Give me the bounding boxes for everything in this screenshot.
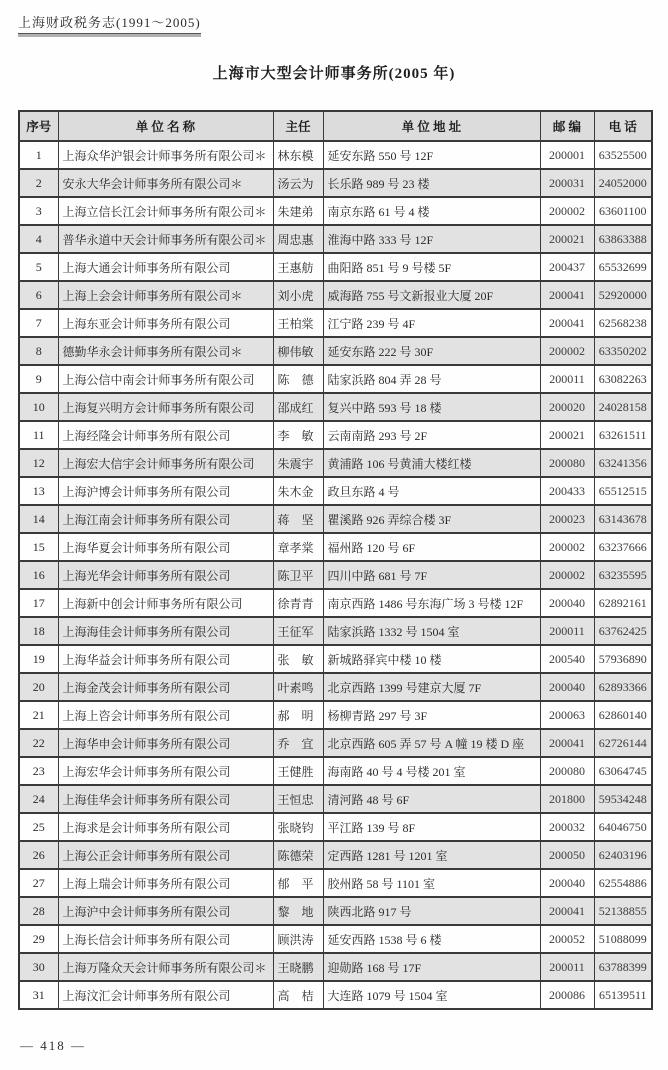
firm-name: 上海复兴明方会计师事务所有限公司 — [58, 393, 273, 421]
firm-director: 刘小虎 — [273, 281, 323, 309]
firm-phone: 63788399 — [594, 953, 652, 981]
firm-phone: 62892161 — [594, 589, 652, 617]
firm-postal-code: 200011 — [540, 617, 594, 645]
firm-phone: 63235595 — [594, 561, 652, 589]
firm-address: 陆家浜路 804 弄 28 号 — [323, 365, 540, 393]
page-number: — 418 — — [20, 1038, 86, 1054]
firm-name: 上海光华会计师事务所有限公司 — [58, 561, 273, 589]
firm-address: 北京西路 605 弄 57 号 A 幢 19 楼 D 座 — [323, 729, 540, 757]
firm-address: 曲阳路 851 号 9 号楼 5F — [323, 253, 540, 281]
firm-name: 上海万隆众天会计师事务所有限公司＊ — [58, 953, 273, 981]
column-header-zipcode: 邮 编 — [540, 111, 594, 141]
row-index: 9 — [19, 365, 58, 393]
column-header-director: 主任 — [273, 111, 323, 141]
firm-director: 王晓鹏 — [273, 953, 323, 981]
firm-address: 平江路 139 号 8F — [323, 813, 540, 841]
row-index: 12 — [19, 449, 58, 477]
firm-address: 威海路 755 号文新报业大厦 20F — [323, 281, 540, 309]
row-index: 27 — [19, 869, 58, 897]
table-row: 13 上海沪博会计师事务所有限公司 朱木金 政旦东路 4 号 200433 65… — [19, 477, 652, 505]
firm-postal-code: 200041 — [540, 281, 594, 309]
firm-postal-code: 200086 — [540, 981, 594, 1009]
firm-postal-code: 200011 — [540, 365, 594, 393]
row-index: 23 — [19, 757, 58, 785]
firm-address: 政旦东路 4 号 — [323, 477, 540, 505]
table-row: 8 德勤华永会计师事务所有限公司＊ 柳伟敏 延安东路 222 号 30F 200… — [19, 337, 652, 365]
table-row: 3 上海立信长江会计师事务所有限公司＊ 朱建弟 南京东路 61 号 4 楼 20… — [19, 197, 652, 225]
table-row: 24 上海佳华会计师事务所有限公司 王恒忠 清河路 48 号 6F 201800… — [19, 785, 652, 813]
firm-director: 黎 地 — [273, 897, 323, 925]
firm-name: 上海华夏会计师事务所有限公司 — [58, 533, 273, 561]
row-index: 4 — [19, 225, 58, 253]
firm-phone: 62568238 — [594, 309, 652, 337]
firm-director: 周忠惠 — [273, 225, 323, 253]
firm-phone: 52138855 — [594, 897, 652, 925]
table-row: 6 上海上会会计师事务所有限公司＊ 刘小虎 威海路 755 号文新报业大厦 20… — [19, 281, 652, 309]
firm-address: 杨柳青路 297 号 3F — [323, 701, 540, 729]
firm-phone: 24028158 — [594, 393, 652, 421]
firm-name: 安永大华会计师事务所有限公司＊ — [58, 169, 273, 197]
firm-name: 上海汶汇会计师事务所有限公司 — [58, 981, 273, 1009]
table-row: 23 上海宏华会计师事务所有限公司 王健胜 海南路 40 号 4 号楼 201 … — [19, 757, 652, 785]
firm-address: 瞿溪路 926 弄综合楼 3F — [323, 505, 540, 533]
firm-postal-code: 200023 — [540, 505, 594, 533]
row-index: 22 — [19, 729, 58, 757]
firm-director: 郁 平 — [273, 869, 323, 897]
row-index: 19 — [19, 645, 58, 673]
firm-postal-code: 200050 — [540, 841, 594, 869]
firm-phone: 63601100 — [594, 197, 652, 225]
column-header-address: 单 位 地 址 — [323, 111, 540, 141]
firm-name: 上海立信长江会计师事务所有限公司＊ — [58, 197, 273, 225]
firm-name: 上海公信中南会计师事务所有限公司 — [58, 365, 273, 393]
firm-name: 上海公正会计师事务所有限公司 — [58, 841, 273, 869]
firm-director: 张 敏 — [273, 645, 323, 673]
firm-director: 李 敏 — [273, 421, 323, 449]
firm-phone: 64046750 — [594, 813, 652, 841]
firm-phone: 63863388 — [594, 225, 652, 253]
firm-address: 延安西路 1538 号 6 楼 — [323, 925, 540, 953]
firm-name: 上海新中创会计师事务所有限公司 — [58, 589, 273, 617]
firm-phone: 65512515 — [594, 477, 652, 505]
firm-name: 上海经隆会计师事务所有限公司 — [58, 421, 273, 449]
table-row: 7 上海东亚会计师事务所有限公司 王柏棠 江宁路 239 号 4F 200041… — [19, 309, 652, 337]
firm-director: 林东模 — [273, 141, 323, 169]
firm-director: 高 桔 — [273, 981, 323, 1009]
firm-postal-code: 200041 — [540, 897, 594, 925]
column-header-index: 序号 — [19, 111, 58, 141]
firm-director: 王柏棠 — [273, 309, 323, 337]
column-header-name: 单 位 名 称 — [58, 111, 273, 141]
table-row: 4 普华永道中天会计师事务所有限公司＊ 周忠惠 淮海中路 333 号 12F 2… — [19, 225, 652, 253]
firm-address: 黄浦路 106 号黄浦大楼红楼 — [323, 449, 540, 477]
firm-name: 上海江南会计师事务所有限公司 — [58, 505, 273, 533]
table-row: 27 上海上瑞会计师事务所有限公司 郁 平 胶州路 58 号 1101 室 20… — [19, 869, 652, 897]
firm-director: 汤云为 — [273, 169, 323, 197]
row-index: 26 — [19, 841, 58, 869]
firm-postal-code: 200021 — [540, 421, 594, 449]
row-index: 10 — [19, 393, 58, 421]
firm-name: 上海上会会计师事务所有限公司＊ — [58, 281, 273, 309]
row-index: 11 — [19, 421, 58, 449]
firm-name: 普华永道中天会计师事务所有限公司＊ — [58, 225, 273, 253]
firm-director: 陈德荣 — [273, 841, 323, 869]
firm-name: 上海长信会计师事务所有限公司 — [58, 925, 273, 953]
row-index: 1 — [19, 141, 58, 169]
table-row: 5 上海大通会计师事务所有限公司 王惠舫 曲阳路 851 号 9 号楼 5F 2… — [19, 253, 652, 281]
firm-address: 陆家浜路 1332 号 1504 室 — [323, 617, 540, 645]
firm-name: 上海沪中会计师事务所有限公司 — [58, 897, 273, 925]
firm-name: 上海佳华会计师事务所有限公司 — [58, 785, 273, 813]
firm-postal-code: 200433 — [540, 477, 594, 505]
firm-postal-code: 200032 — [540, 813, 594, 841]
row-index: 18 — [19, 617, 58, 645]
document-page: 上海财政税务志(1991～2005) 上海市大型会计师事务所(2005 年) 序… — [0, 0, 668, 1070]
firm-phone: 65139511 — [594, 981, 652, 1009]
firm-director: 王恒忠 — [273, 785, 323, 813]
firm-postal-code: 200040 — [540, 869, 594, 897]
firm-address: 新城路驿宾中楼 10 楼 — [323, 645, 540, 673]
firm-name: 上海华申会计师事务所有限公司 — [58, 729, 273, 757]
table-row: 30 上海万隆众天会计师事务所有限公司＊ 王晓鹏 迎勋路 168 号 17F 2… — [19, 953, 652, 981]
column-header-phone: 电 话 — [594, 111, 652, 141]
firm-phone: 63064745 — [594, 757, 652, 785]
row-index: 14 — [19, 505, 58, 533]
row-index: 31 — [19, 981, 58, 1009]
firm-address: 陕西北路 917 号 — [323, 897, 540, 925]
firm-director: 章孝棠 — [273, 533, 323, 561]
row-index: 17 — [19, 589, 58, 617]
firm-postal-code: 200080 — [540, 449, 594, 477]
table-row: 20 上海金茂会计师事务所有限公司 叶素鸣 北京西路 1399 号建京大厦 7F… — [19, 673, 652, 701]
firm-director: 张晓钧 — [273, 813, 323, 841]
firm-director: 叶素鸣 — [273, 673, 323, 701]
accounting-firms-table: 序号 单 位 名 称 主任 单 位 地 址 邮 编 电 话 1 上海众华沪银会计… — [18, 110, 653, 1010]
firm-phone: 59534248 — [594, 785, 652, 813]
firm-name: 上海华益会计师事务所有限公司 — [58, 645, 273, 673]
firm-name: 上海海佳会计师事务所有限公司 — [58, 617, 273, 645]
table-row: 14 上海江南会计师事务所有限公司 蒋 坚 瞿溪路 926 弄综合楼 3F 20… — [19, 505, 652, 533]
table-row: 12 上海宏大信宇会计师事务所有限公司 朱震宇 黄浦路 106 号黄浦大楼红楼 … — [19, 449, 652, 477]
firm-postal-code: 200052 — [540, 925, 594, 953]
row-index: 7 — [19, 309, 58, 337]
firm-postal-code: 200080 — [540, 757, 594, 785]
firm-address: 延安东路 222 号 30F — [323, 337, 540, 365]
firm-postal-code: 200011 — [540, 953, 594, 981]
firm-postal-code: 200002 — [540, 337, 594, 365]
firm-phone: 52920000 — [594, 281, 652, 309]
firm-phone: 63350202 — [594, 337, 652, 365]
firm-postal-code: 200041 — [540, 309, 594, 337]
firm-address: 福州路 120 号 6F — [323, 533, 540, 561]
table-row: 22 上海华申会计师事务所有限公司 乔 宜 北京西路 605 弄 57 号 A … — [19, 729, 652, 757]
table-row: 15 上海华夏会计师事务所有限公司 章孝棠 福州路 120 号 6F 20000… — [19, 533, 652, 561]
table-row: 16 上海光华会计师事务所有限公司 陈卫平 四川中路 681 号 7F 2000… — [19, 561, 652, 589]
firm-address: 南京东路 61 号 4 楼 — [323, 197, 540, 225]
table-row: 2 安永大华会计师事务所有限公司＊ 汤云为 长乐路 989 号 23 楼 200… — [19, 169, 652, 197]
firm-postal-code: 201800 — [540, 785, 594, 813]
firm-phone: 63762425 — [594, 617, 652, 645]
firm-name: 上海沪博会计师事务所有限公司 — [58, 477, 273, 505]
firm-director: 王惠舫 — [273, 253, 323, 281]
table-row: 25 上海求是会计师事务所有限公司 张晓钧 平江路 139 号 8F 20003… — [19, 813, 652, 841]
table-header-row: 序号 单 位 名 称 主任 单 位 地 址 邮 编 电 话 — [19, 111, 652, 141]
row-index: 30 — [19, 953, 58, 981]
firm-phone: 57936890 — [594, 645, 652, 673]
firm-address: 大连路 1079 号 1504 室 — [323, 981, 540, 1009]
firm-address: 长乐路 989 号 23 楼 — [323, 169, 540, 197]
firm-phone: 63237666 — [594, 533, 652, 561]
firm-address: 江宁路 239 号 4F — [323, 309, 540, 337]
firm-director: 柳伟敏 — [273, 337, 323, 365]
firm-director: 顾洪涛 — [273, 925, 323, 953]
firm-postal-code: 200437 — [540, 253, 594, 281]
firm-phone: 63261511 — [594, 421, 652, 449]
firm-postal-code: 200002 — [540, 561, 594, 589]
firm-phone: 62403196 — [594, 841, 652, 869]
firm-postal-code: 200020 — [540, 393, 594, 421]
row-index: 28 — [19, 897, 58, 925]
table-row: 17 上海新中创会计师事务所有限公司 徐青青 南京西路 1486 号东海广场 3… — [19, 589, 652, 617]
firm-address: 四川中路 681 号 7F — [323, 561, 540, 589]
table-row: 18 上海海佳会计师事务所有限公司 王征军 陆家浜路 1332 号 1504 室… — [19, 617, 652, 645]
firm-name: 上海求是会计师事务所有限公司 — [58, 813, 273, 841]
firm-name: 上海宏大信宇会计师事务所有限公司 — [58, 449, 273, 477]
firm-name: 德勤华永会计师事务所有限公司＊ — [58, 337, 273, 365]
row-index: 3 — [19, 197, 58, 225]
row-index: 16 — [19, 561, 58, 589]
firm-postal-code: 200002 — [540, 197, 594, 225]
firm-director: 朱建弟 — [273, 197, 323, 225]
firm-address: 延安东路 550 号 12F — [323, 141, 540, 169]
firm-address: 复兴中路 593 号 18 楼 — [323, 393, 540, 421]
row-index: 29 — [19, 925, 58, 953]
firm-address: 胶州路 58 号 1101 室 — [323, 869, 540, 897]
firm-director: 乔 宜 — [273, 729, 323, 757]
table-row: 19 上海华益会计师事务所有限公司 张 敏 新城路驿宾中楼 10 楼 20054… — [19, 645, 652, 673]
firm-address: 清河路 48 号 6F — [323, 785, 540, 813]
firm-director: 陈 德 — [273, 365, 323, 393]
firm-director: 邵成红 — [273, 393, 323, 421]
table-row: 11 上海经隆会计师事务所有限公司 李 敏 云南南路 293 号 2F 2000… — [19, 421, 652, 449]
firm-director: 王健胜 — [273, 757, 323, 785]
firm-director: 朱木金 — [273, 477, 323, 505]
firm-director: 郝 明 — [273, 701, 323, 729]
firm-name: 上海上咨会计师事务所有限公司 — [58, 701, 273, 729]
table-row: 31 上海汶汇会计师事务所有限公司 高 桔 大连路 1079 号 1504 室 … — [19, 981, 652, 1009]
row-index: 20 — [19, 673, 58, 701]
firm-director: 朱震宇 — [273, 449, 323, 477]
row-index: 2 — [19, 169, 58, 197]
table-header: 序号 单 位 名 称 主任 单 位 地 址 邮 编 电 话 — [19, 111, 652, 141]
firm-address: 北京西路 1399 号建京大厦 7F — [323, 673, 540, 701]
firm-director: 陈卫平 — [273, 561, 323, 589]
row-index: 8 — [19, 337, 58, 365]
firm-phone: 62726144 — [594, 729, 652, 757]
firm-name: 上海众华沪银会计师事务所有限公司＊ — [58, 141, 273, 169]
firm-phone: 62554886 — [594, 869, 652, 897]
firm-name: 上海宏华会计师事务所有限公司 — [58, 757, 273, 785]
firm-phone: 62860140 — [594, 701, 652, 729]
firm-postal-code: 200031 — [540, 169, 594, 197]
firm-postal-code: 200040 — [540, 589, 594, 617]
firm-director: 徐青青 — [273, 589, 323, 617]
firm-phone: 24052000 — [594, 169, 652, 197]
firm-postal-code: 200063 — [540, 701, 594, 729]
firm-postal-code: 200040 — [540, 673, 594, 701]
table-row: 10 上海复兴明方会计师事务所有限公司 邵成红 复兴中路 593 号 18 楼 … — [19, 393, 652, 421]
firm-phone: 65532699 — [594, 253, 652, 281]
table-row: 9 上海公信中南会计师事务所有限公司 陈 德 陆家浜路 804 弄 28 号 2… — [19, 365, 652, 393]
row-index: 21 — [19, 701, 58, 729]
firm-phone: 63082263 — [594, 365, 652, 393]
firm-phone: 62893366 — [594, 673, 652, 701]
table-row: 21 上海上咨会计师事务所有限公司 郝 明 杨柳青路 297 号 3F 2000… — [19, 701, 652, 729]
firm-phone: 63241356 — [594, 449, 652, 477]
firm-name: 上海大通会计师事务所有限公司 — [58, 253, 273, 281]
firm-postal-code: 200041 — [540, 729, 594, 757]
page-title: 上海市大型会计师事务所(2005 年) — [0, 62, 668, 83]
row-index: 24 — [19, 785, 58, 813]
firm-name: 上海金茂会计师事务所有限公司 — [58, 673, 273, 701]
row-index: 6 — [19, 281, 58, 309]
row-index: 25 — [19, 813, 58, 841]
table-row: 29 上海长信会计师事务所有限公司 顾洪涛 延安西路 1538 号 6 楼 20… — [19, 925, 652, 953]
table-row: 1 上海众华沪银会计师事务所有限公司＊ 林东模 延安东路 550 号 12F 2… — [19, 141, 652, 169]
firm-postal-code: 200021 — [540, 225, 594, 253]
firm-director: 蒋 坚 — [273, 505, 323, 533]
table-row: 28 上海沪中会计师事务所有限公司 黎 地 陕西北路 917 号 200041 … — [19, 897, 652, 925]
table-body: 1 上海众华沪银会计师事务所有限公司＊ 林东模 延安东路 550 号 12F 2… — [19, 141, 652, 1009]
firm-address: 定西路 1281 号 1201 室 — [323, 841, 540, 869]
firm-address: 云南南路 293 号 2F — [323, 421, 540, 449]
firm-phone: 63143678 — [594, 505, 652, 533]
firm-name: 上海上瑞会计师事务所有限公司 — [58, 869, 273, 897]
firm-phone: 63525500 — [594, 141, 652, 169]
row-index: 13 — [19, 477, 58, 505]
table-row: 26 上海公正会计师事务所有限公司 陈德荣 定西路 1281 号 1201 室 … — [19, 841, 652, 869]
firm-address: 南京西路 1486 号东海广场 3 号楼 12F — [323, 589, 540, 617]
firm-address: 迎勋路 168 号 17F — [323, 953, 540, 981]
firm-postal-code: 200540 — [540, 645, 594, 673]
firm-address: 淮海中路 333 号 12F — [323, 225, 540, 253]
firm-postal-code: 200001 — [540, 141, 594, 169]
firm-postal-code: 200002 — [540, 533, 594, 561]
running-header: 上海财政税务志(1991～2005) — [18, 12, 201, 34]
firm-phone: 51088099 — [594, 925, 652, 953]
row-index: 15 — [19, 533, 58, 561]
firm-director: 王征军 — [273, 617, 323, 645]
firm-address: 海南路 40 号 4 号楼 201 室 — [323, 757, 540, 785]
firm-name: 上海东亚会计师事务所有限公司 — [58, 309, 273, 337]
row-index: 5 — [19, 253, 58, 281]
